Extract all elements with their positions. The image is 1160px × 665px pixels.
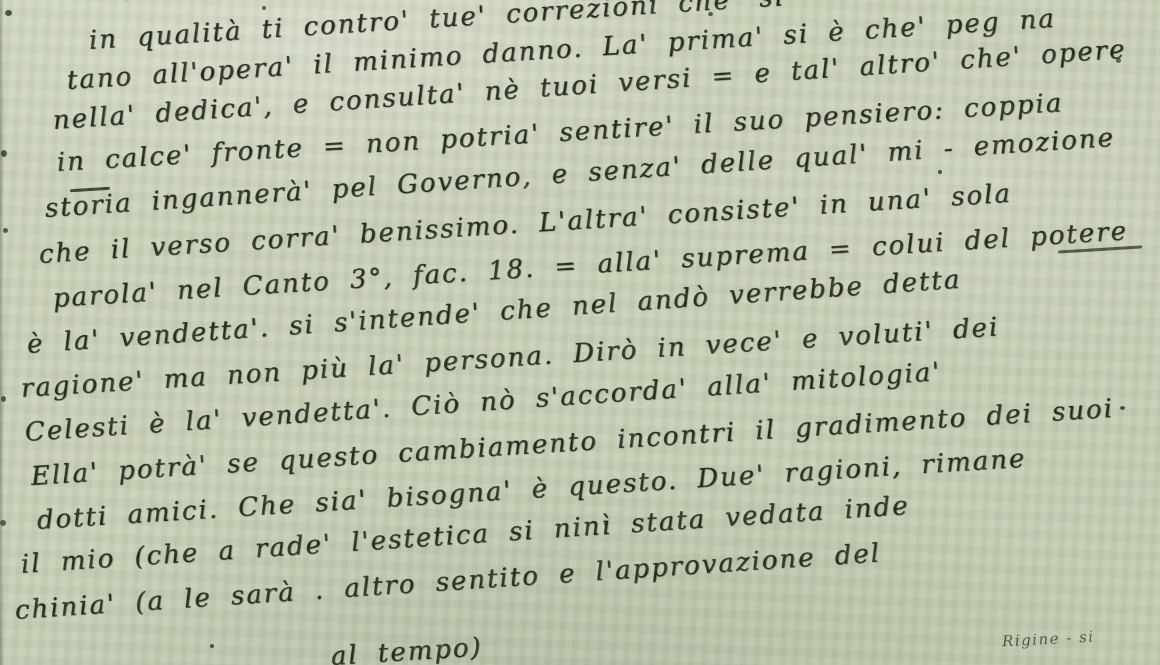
ink-speck <box>1 396 6 402</box>
manuscript-page: e per quanto segue il pregio di questi f… <box>0 0 1160 665</box>
ink-speck <box>1 150 7 157</box>
ink-speck <box>3 228 8 233</box>
ink-speck <box>210 644 214 648</box>
manuscript-line: al tempo) <box>330 632 484 665</box>
ink-speck <box>604 522 608 526</box>
ink-speck <box>708 12 713 16</box>
scan-edge-shadow <box>0 0 4 665</box>
ink-speck <box>1116 58 1121 63</box>
ink-speck <box>5 10 12 16</box>
ink-speck <box>262 6 266 10</box>
ink-speck <box>938 170 942 174</box>
ink-speck <box>0 520 6 526</box>
corner-note: Rigine - si <box>1002 628 1095 651</box>
ink-speck <box>1120 406 1125 410</box>
